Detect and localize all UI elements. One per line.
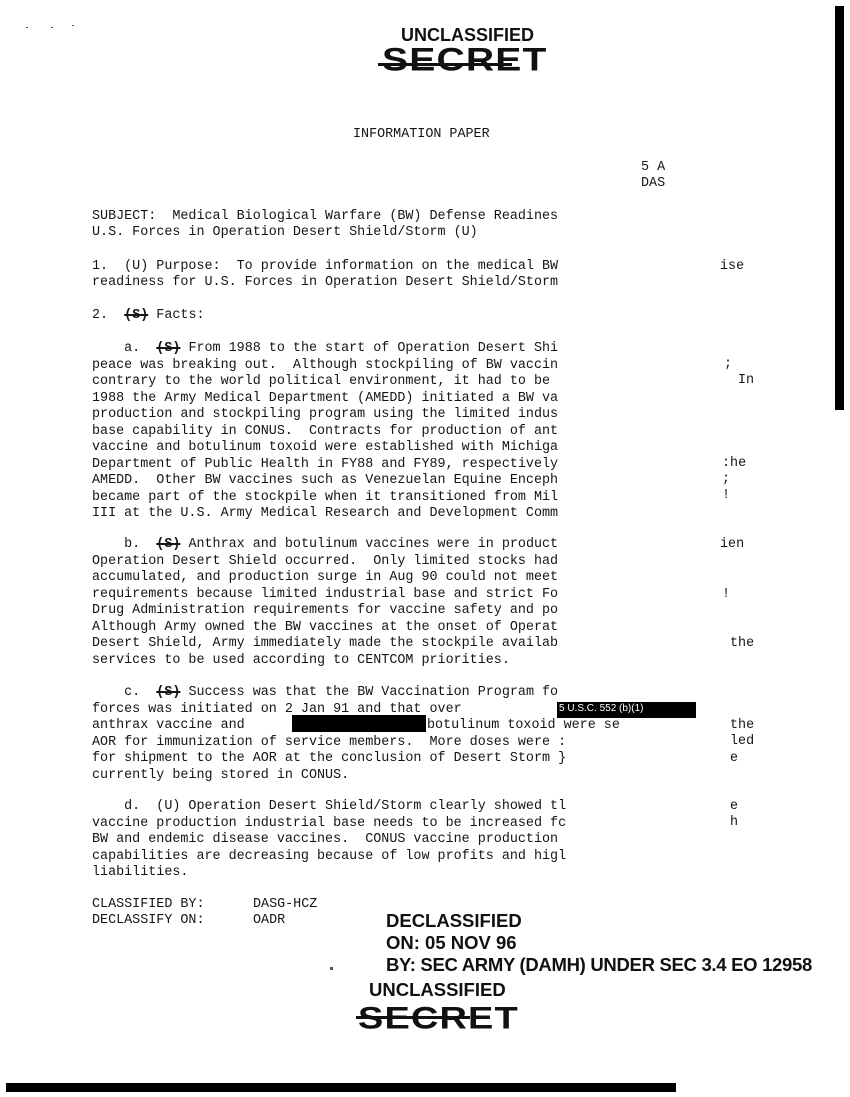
para-c-prefix: c. <box>92 685 156 700</box>
para-a-line: 1988 the Army Medical Department (AMEDD)… <box>92 391 558 406</box>
classified-by-value: DASG-HCZ <box>253 897 317 914</box>
declassified-stamp-line-2: ON: 05 NOV 96 <box>386 932 517 954</box>
para-a-line: vaccine and botulinum toxoid were establ… <box>92 440 558 455</box>
para-b-prefix: b. <box>92 537 156 552</box>
declassify-on-label: DECLASSIFY ON: <box>92 913 205 930</box>
declassified-stamp-line-3: BY: SEC ARMY (DAMH) UNDER SEC 3.4 EO 129… <box>386 954 812 976</box>
para-c-line: anthrax vaccine and <box>92 718 245 733</box>
scan-speck <box>51 27 53 28</box>
para-b-line: Anthrax and botulinum vaccines were in p… <box>180 537 558 552</box>
struck-classification-marking: (S) <box>156 341 180 356</box>
classification-marking-bottom: UNCLASSIFIED <box>369 979 506 1001</box>
para-c-right-fragment: e <box>730 751 738 768</box>
para-c-line-after-redaction: botulinum toxoid were se <box>427 718 620 735</box>
para-d-right-fragment: e <box>730 799 738 816</box>
para-a-line: peace was breaking out. Although stockpi… <box>92 358 558 373</box>
struck-marking-bottom-wrap: SECRET <box>358 1002 498 1036</box>
para-c-line: currently being stored in CONUS. <box>92 768 349 783</box>
redaction-box-b1: 5 U.S.C. 552 (b)(1) <box>557 702 696 718</box>
para-c-line: for shipment to the AOR at the conclusio… <box>92 751 566 766</box>
para-d-line: liabilities. <box>92 865 188 880</box>
purpose-line-2: readiness for U.S. Forces in Operation D… <box>92 275 558 292</box>
para-b-line: requirements because limited industrial … <box>92 587 558 602</box>
para-a-line: Department of Public Health in FY88 and … <box>92 457 558 472</box>
para-c: c. (S) Success was that the BW Vaccinati… <box>92 685 566 784</box>
para-d: d. (U) Operation Desert Shield/Storm cle… <box>92 799 566 882</box>
para-a-right-fragment: ! <box>722 488 730 505</box>
redaction-exemption-label: 5 U.S.C. 552 (b)(1) <box>557 702 696 716</box>
para-b-line: accumulated, and production surge in Aug… <box>92 570 558 585</box>
para-b-line: Desert Shield, Army immediately made the… <box>92 636 558 651</box>
para-d-line: capabilities are decreasing because of l… <box>92 849 566 864</box>
para-c-right-fragment: led <box>730 734 754 751</box>
para-b-line: services to be used according to CENTCOM… <box>92 653 510 668</box>
purpose-line-1: 1. (U) Purpose: To provide information o… <box>92 259 558 276</box>
facts-number: 2. <box>92 308 124 323</box>
para-d-line: BW and endemic disease vaccines. CONUS v… <box>92 832 558 847</box>
scan-edge-bar-bottom <box>6 1083 676 1092</box>
date-fragment: 5 A <box>641 160 665 177</box>
para-a-right-fragment: ; <box>724 357 732 374</box>
para-a-line: base capability in CONUS. Contracts for … <box>92 424 558 439</box>
struck-classification-marking: (S) <box>124 308 148 323</box>
office-symbol-fragment: DAS <box>641 176 665 193</box>
declassified-stamp-line-1: DECLASSIFIED <box>386 910 522 932</box>
facts-heading: 2. (S) Facts: <box>92 308 205 325</box>
para-a-right-fragment: ; <box>722 472 730 489</box>
struck-classification-marking: (S) <box>156 537 180 552</box>
para-d-line: d. (U) Operation Desert Shield/Storm cle… <box>92 799 566 814</box>
para-b-right-fragment: the <box>730 636 754 653</box>
para-a-line: From 1988 to the start of Operation Dese… <box>180 341 558 356</box>
scan-speck <box>26 27 28 28</box>
para-c-line: Success was that the BW Vaccination Prog… <box>180 685 558 700</box>
scan-speck <box>330 967 333 970</box>
subject-line-2: U.S. Forces in Operation Desert Shield/S… <box>92 225 478 242</box>
para-b-right-fragment: ien <box>720 537 744 554</box>
para-c-line: AOR for immunization of service members.… <box>92 735 566 750</box>
para-b-line: Operation Desert Shield occurred. Only l… <box>92 554 558 569</box>
strikethrough-line <box>356 1016 470 1019</box>
scan-edge-bar-right <box>835 6 844 410</box>
facts-label: Facts: <box>148 308 204 323</box>
para-a-right-fragment: :he <box>722 456 746 473</box>
struck-marking-top-wrap: SECRET <box>382 44 526 78</box>
para-b-line: Drug Administration requirements for vac… <box>92 603 558 618</box>
para-c-right-fragment: the <box>730 718 754 735</box>
para-b: b. (S) Anthrax and botulinum vaccines we… <box>92 537 558 669</box>
para-b-line: Although Army owned the BW vaccines at t… <box>92 620 558 635</box>
para-a-line: III at the U.S. Army Medical Research an… <box>92 506 558 521</box>
para-a-line: AMEDD. Other BW vaccines such as Venezue… <box>92 473 558 488</box>
para-a-line: became part of the stockpile when it tra… <box>92 490 558 505</box>
para-a-prefix: a. <box>92 341 156 356</box>
classified-by-label: CLASSIFIED BY: <box>92 897 205 914</box>
strikethrough-line <box>378 63 512 66</box>
para-d-line: vaccine production industrial base needs… <box>92 816 566 831</box>
para-a-line: contrary to the world political environm… <box>92 374 550 389</box>
para-d-right-fragment: h <box>730 815 738 832</box>
struck-secret-marking-top: SECRET <box>382 44 548 76</box>
para-b-right-fragment: ! <box>722 587 730 604</box>
declassify-on-value: OADR <box>253 913 285 930</box>
struck-classification-marking: (S) <box>156 685 180 700</box>
redaction-box <box>292 715 426 732</box>
subject-line-1: SUBJECT: Medical Biological Warfare (BW)… <box>92 209 558 226</box>
para-a-line: production and stockpiling program using… <box>92 407 558 422</box>
para-a-right-fragment: In <box>738 373 754 390</box>
purpose-right-fragment: ise <box>720 259 744 276</box>
scan-speck <box>72 25 74 26</box>
para-a: a. (S) From 1988 to the start of Operati… <box>92 341 558 523</box>
document-title: INFORMATION PAPER <box>353 127 490 144</box>
